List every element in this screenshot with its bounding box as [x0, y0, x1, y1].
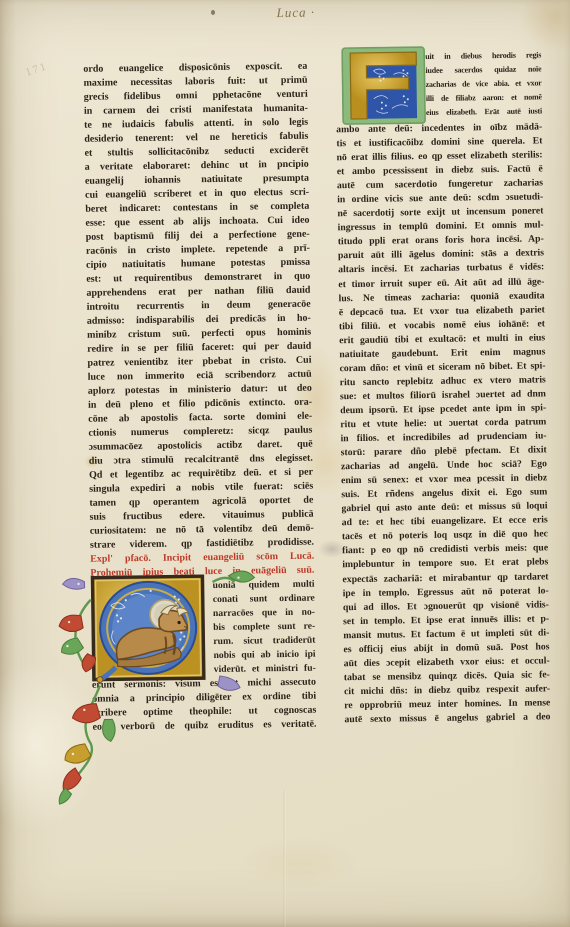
folio-mark: 171 [24, 60, 49, 79]
illuminated-initial-F [341, 46, 426, 125]
right-column-full-text: ambo ante deū: incedentes in oībz mādā-t… [336, 120, 550, 727]
right-column: uit in diebus herodis regisiudee sacerdo… [335, 48, 550, 727]
manuscript-text-line: autē sexto missus ē angelus gabriel a de… [344, 710, 550, 727]
header-annotation: Luca · [276, 5, 315, 22]
marginal-flourish [32, 554, 336, 818]
manuscript-page: Luca · 171 ordo euangelice disposicōnis … [0, 0, 570, 927]
right-column-wrapped-text: uit in diebus herodis regisiudee sacerdo… [425, 48, 542, 120]
manuscript-text-line: eius elizabeth. Erāt autē iusti [426, 104, 542, 120]
left-column-prologue: ordo euangelice disposicōnis exposcit. e… [83, 60, 314, 553]
page-content: Luca · 171 ordo euangelice disposicōnis … [0, 0, 570, 927]
